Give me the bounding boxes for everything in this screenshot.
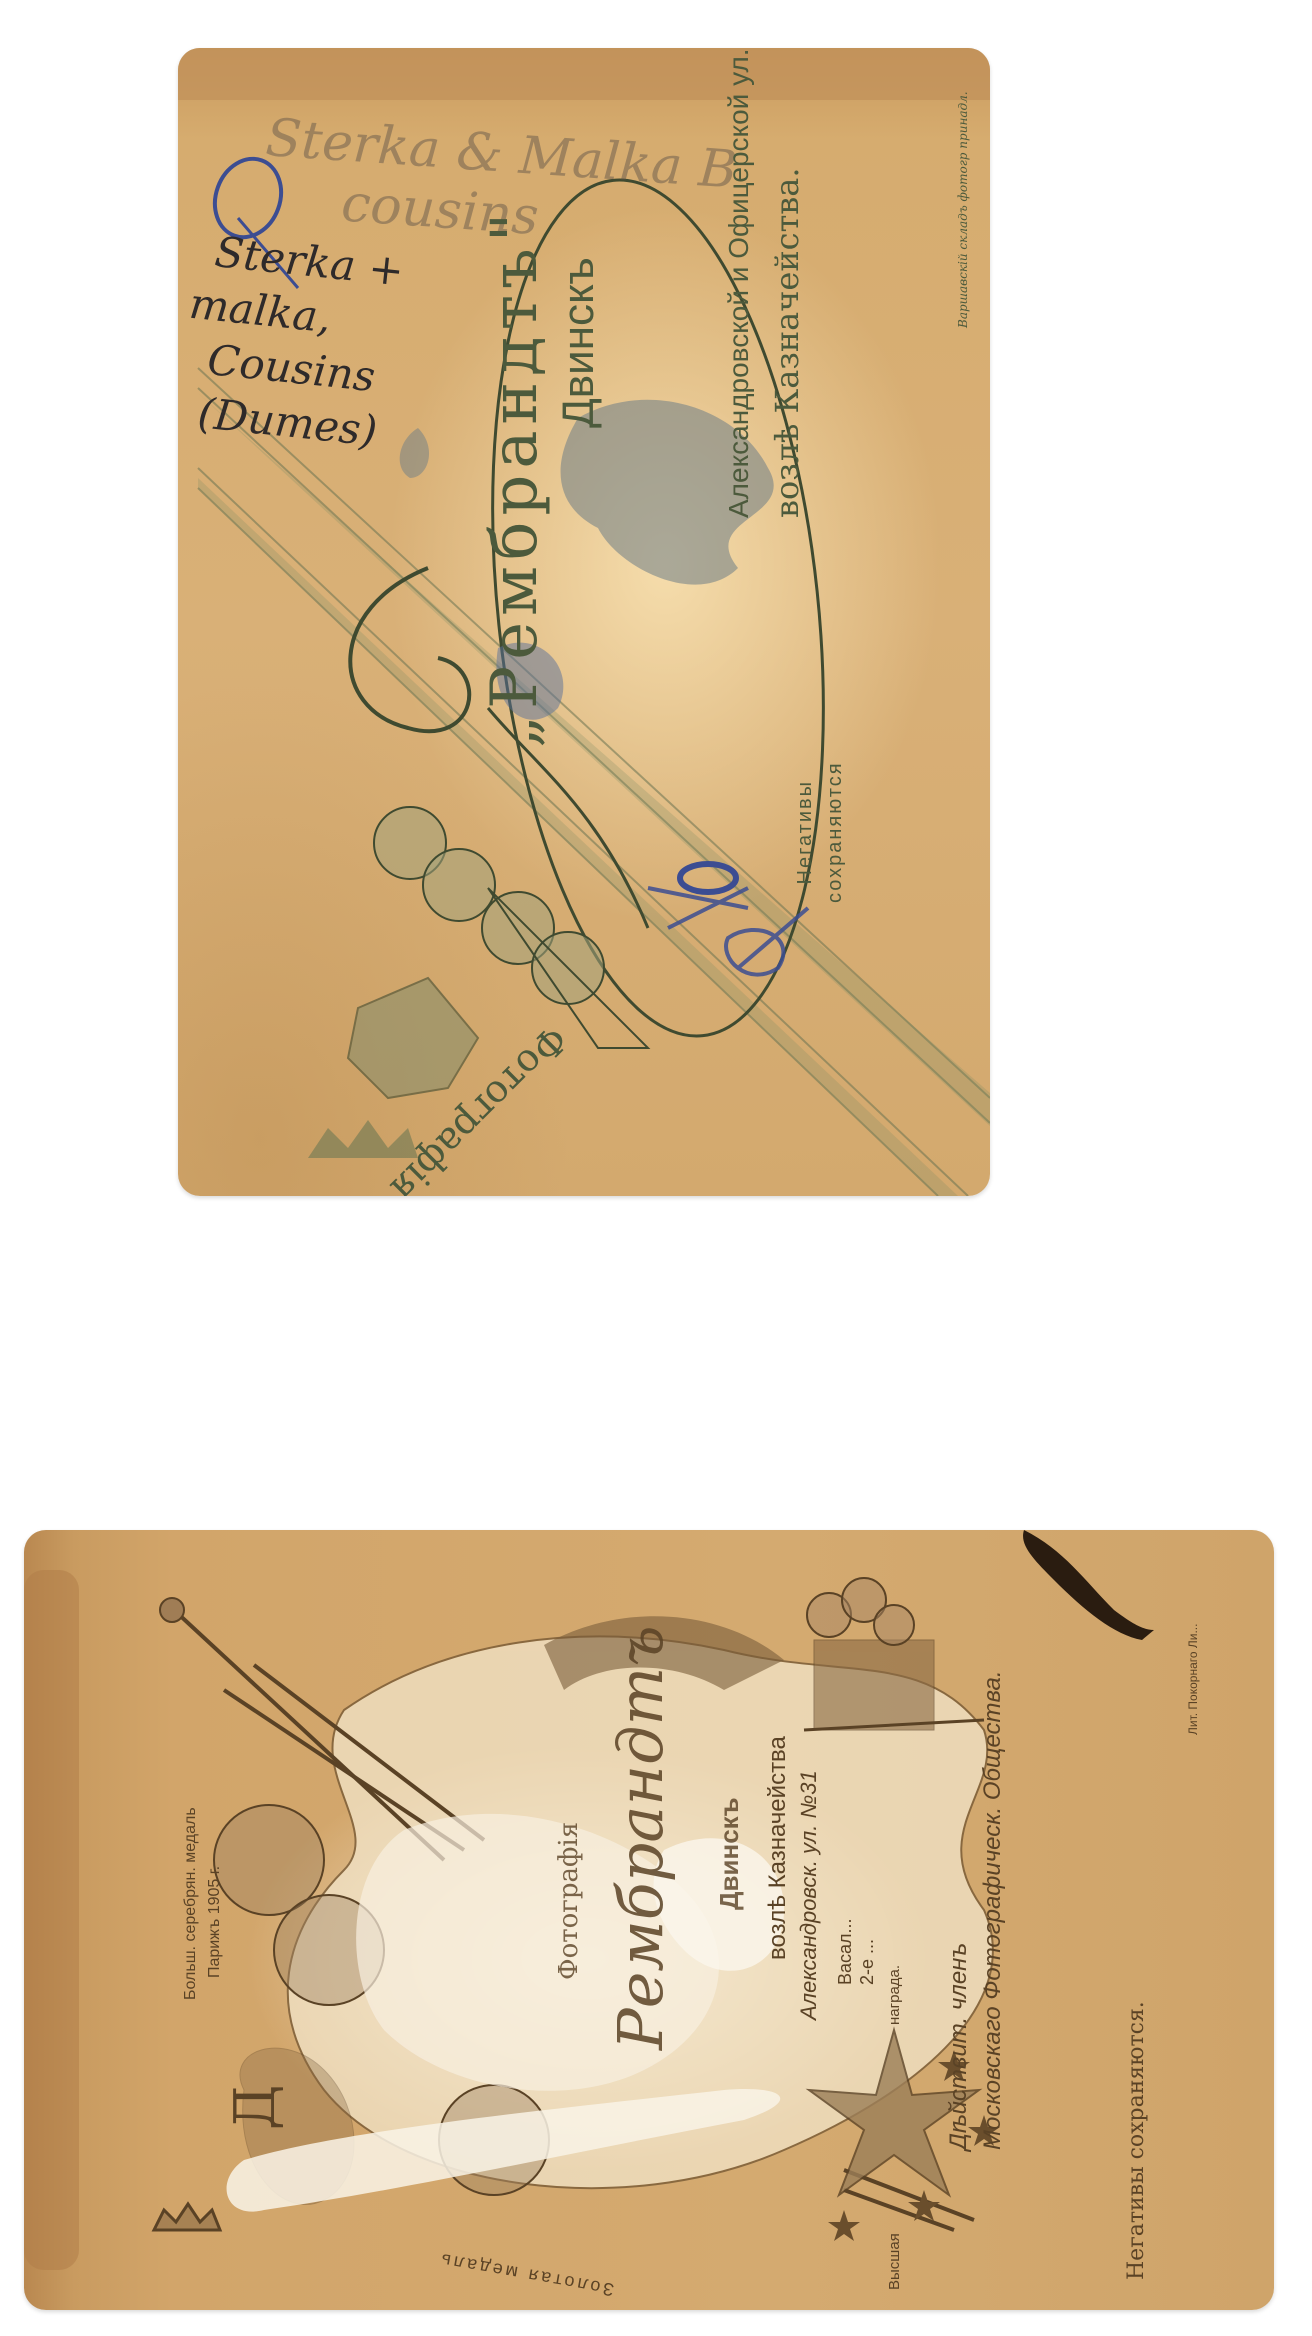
address-line-4: 2-е ... [856,1918,878,1985]
negatives-notice: Негативы сохраняются. [1124,2001,1149,2280]
photo-card-back-top: Sterka & Malka B cousins Sterka + malka,… [178,48,990,1196]
printer-credit: Варшавскій складъ фотогр принадл. [956,91,970,328]
studio-name: „Рембрандтъ" [478,207,552,748]
studio-address-line-3: Васал... 2-е ... [834,1918,878,1985]
award-text-prize: награда. [886,1965,903,2025]
studio-address-line-2: Александровск. ул. №31 [796,1770,822,2020]
medal-paris-text: Больш. серебрян. медаль Парижъ 1905 г. [179,1807,227,2000]
studio-name: Рембрандтъ [604,1625,677,2050]
medal-line-2: Парижъ 1905 г. [203,1807,227,1978]
studio-city: Двинскъ [554,257,604,428]
society-membership: Дѣйствит. членъ Московскаго Фотографичес… [942,1670,1010,2150]
negatives-line-1: Негативы [790,761,820,903]
studio-address-line-1: возлѣ Казначейства [764,1736,792,1960]
photography-header: Фотографія [554,1822,584,1980]
studio-city: Двинскъ [714,1797,745,1910]
award-text-high: Высшая [886,2233,903,2290]
negatives-notice: Негативы сохраняются [790,761,850,903]
photo-card-back-bottom: Д Больш. серебрян. медаль Парижъ 1905 г.… [24,1530,1274,2310]
printer-credit: Лит. Покорнаго Ли... [1186,1624,1200,1735]
studio-address-line-1: Александровской и Офицерской ул. [723,48,755,518]
medal-line-1: Больш. серебрян. медаль [179,1807,203,2000]
ink-handwriting-note: Sterka + malka, Cousins (Dumes) [178,223,406,460]
studio-address-line-2: возлѣ Казначейства. [768,167,806,518]
negatives-line-2: сохраняются [820,761,850,903]
svg-text:Д: Д [223,2084,288,2130]
membership-line-2: Московскаго Фотографическ. Общества. [976,1670,1010,2150]
membership-line-1: Дѣйствит. членъ [942,1670,976,2150]
address-line-3: Васал... [834,1918,856,1985]
